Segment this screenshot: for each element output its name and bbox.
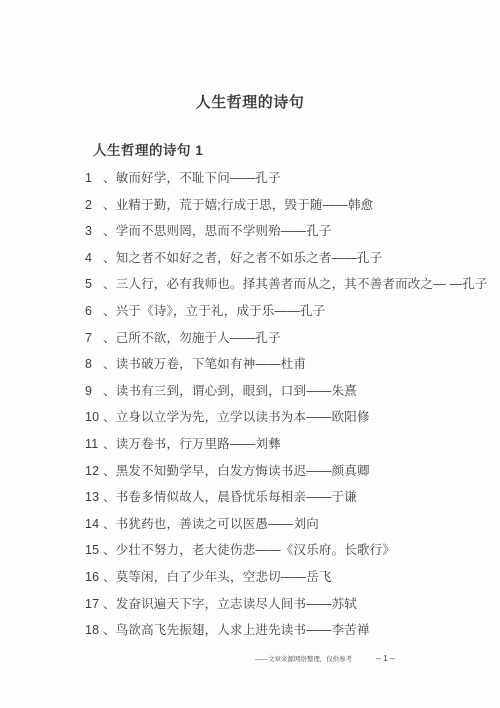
- item-separator: 、: [103, 437, 116, 451]
- section-heading: 人生哲理的诗句 1: [93, 139, 203, 159]
- list-item: 13、书卷多情似故人，晨昏忧乐每相亲——于谦: [85, 491, 490, 518]
- item-text: 发奋识遍天下字，立志读尽人间书——苏轼: [116, 597, 357, 611]
- item-separator: 、: [103, 597, 116, 611]
- list-item: 4、知之者不如好之者，好之者不如乐之者——孔子: [85, 252, 490, 279]
- item-number: 12: [85, 465, 100, 479]
- list-item: 5、三人行，必有我师也。择其善者而从之，其不善者而改之— —孔子: [85, 278, 490, 305]
- item-text: 读书破万卷，下笔如有神——杜甫: [116, 357, 307, 371]
- item-separator: 、: [103, 224, 116, 238]
- item-number: 4: [85, 252, 100, 266]
- item-text: 学而不思则罔，思而不学则殆——孔子: [116, 224, 332, 238]
- list-item: 10、立身以立学为先，立学以读书为本——欧阳修: [85, 411, 490, 438]
- item-number: 3: [85, 225, 100, 239]
- item-separator: 、: [103, 171, 116, 185]
- item-text: 敏而好学，不耻下问——孔子: [116, 171, 281, 185]
- item-text: 三人行，必有我师也。择其善者而从之，其不善者而改之— —孔子: [116, 277, 488, 291]
- item-text: 黑发不知勤学早，白发方悔读书迟——颜真卿: [116, 464, 370, 478]
- item-number: 17: [85, 598, 100, 612]
- list-item: 18、鸟欲高飞先振翅，人求上进先读书——李苦禅: [85, 624, 490, 651]
- list-item: 1、敏而好学，不耻下问——孔子: [85, 172, 490, 199]
- item-text: 莫等闲，白了少年头，空悲切——岳飞: [116, 570, 332, 584]
- item-text: 读万卷书，行万里路——刘彝: [116, 437, 281, 451]
- list-item: 16、莫等闲，白了少年头，空悲切——岳飞: [85, 571, 490, 598]
- list-item: 8、读书破万卷，下笔如有神——杜甫: [85, 358, 490, 385]
- item-text: 兴于《诗》，立于礼，成于乐——孔子: [116, 304, 326, 318]
- item-separator: 、: [103, 304, 116, 318]
- item-number: 9: [85, 385, 100, 399]
- item-number: 18: [85, 624, 100, 638]
- item-number: 6: [85, 305, 100, 319]
- item-separator: 、: [103, 384, 116, 398]
- item-text: 读书有三到，谓心到，眼到，口到——朱熹: [116, 384, 357, 398]
- list-item: 3、学而不思则罔，思而不学则殆——孔子: [85, 225, 490, 252]
- list-item: 6、兴于《诗》，立于礼，成于乐——孔子: [85, 305, 490, 332]
- item-number: 5: [85, 278, 100, 292]
- list-item: 14、书犹药也，善读之可以医愚——刘向: [85, 518, 490, 545]
- list-item: 17、发奋识遍天下字，立志读尽人间书——苏轼: [85, 598, 490, 625]
- item-separator: 、: [103, 490, 116, 504]
- item-text: 业精于勤，荒于嬉;行成于思，毁于随——韩愈: [116, 198, 374, 212]
- item-number: 2: [85, 199, 100, 213]
- item-separator: 、: [103, 570, 116, 584]
- list-item: 9、读书有三到，谓心到，眼到，口到——朱熹: [85, 385, 490, 412]
- item-separator: 、: [103, 357, 116, 371]
- item-separator: 、: [103, 277, 116, 291]
- quote-list: 1、敏而好学，不耻下问——孔子 2、业精于勤，荒于嬉;行成于思，毁于随——韩愈 …: [85, 172, 490, 651]
- item-separator: 、: [103, 331, 116, 345]
- item-number: 1: [85, 172, 100, 186]
- list-item: 2、业精于勤，荒于嬉;行成于思，毁于随——韩愈: [85, 199, 490, 226]
- list-item: 7、己所不欲，勿施于人——孔子: [85, 332, 490, 359]
- item-separator: 、: [103, 251, 116, 265]
- item-text: 立身以立学为先，立学以读书为本——欧阳修: [116, 410, 370, 424]
- item-separator: 、: [103, 198, 116, 212]
- item-separator: 、: [103, 410, 116, 424]
- item-number: 16: [85, 571, 100, 585]
- item-number: 13: [85, 491, 100, 505]
- list-item: 12、黑发不知勤学早，白发方悔读书迟——颜真卿: [85, 465, 490, 492]
- item-separator: 、: [103, 464, 116, 478]
- page-footer: ——文章来源网络整理，仅供参考 – 1 –: [0, 652, 500, 666]
- item-number: 15: [85, 544, 100, 558]
- item-number: 7: [85, 332, 100, 346]
- page-number: – 1 –: [376, 653, 395, 663]
- item-text: 鸟欲高飞先振翅，人求上进先读书——李苦禅: [116, 623, 370, 637]
- item-number: 11: [85, 438, 100, 452]
- item-text: 少壮不努力，老大徒伤悲——《汉乐府。长歌行》: [116, 543, 395, 557]
- item-separator: 、: [103, 543, 116, 557]
- document-title: 人生哲理的诗句: [0, 91, 500, 112]
- item-separator: 、: [103, 517, 116, 531]
- item-number: 10: [85, 411, 100, 425]
- item-text: 己所不欲，勿施于人——孔子: [116, 331, 281, 345]
- document-page: 人生哲理的诗句 人生哲理的诗句 1 1、敏而好学，不耻下问——孔子 2、业精于勤…: [0, 0, 500, 708]
- item-text: 书犹药也，善读之可以医愚——刘向: [116, 517, 319, 531]
- item-number: 14: [85, 518, 100, 532]
- item-text: 知之者不如好之者，好之者不如乐之者——孔子: [116, 251, 383, 265]
- footer-source-note: ——文章来源网络整理，仅供参考: [255, 654, 352, 663]
- item-separator: 、: [103, 623, 116, 637]
- item-text: 书卷多情似故人，晨昏忧乐每相亲——于谦: [116, 490, 357, 504]
- item-number: 8: [85, 358, 100, 372]
- list-item: 11、读万卷书，行万里路——刘彝: [85, 438, 490, 465]
- list-item: 15、少壮不努力，老大徒伤悲——《汉乐府。长歌行》: [85, 544, 490, 571]
